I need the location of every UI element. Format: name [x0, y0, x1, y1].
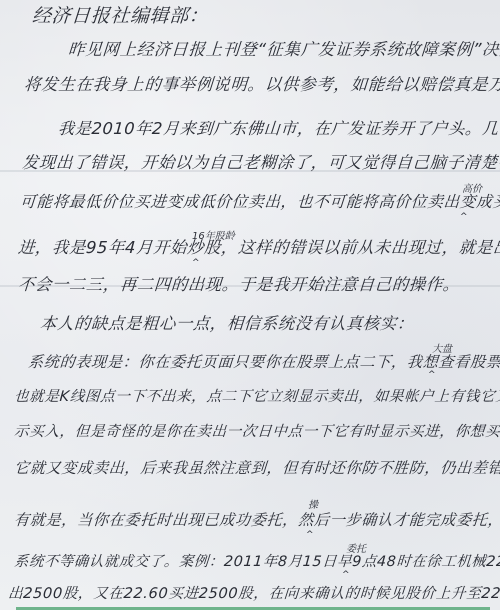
line-text: 进，我是95年4月开始炒股，这样的错误以前从未出现过，就是出现也 [17, 236, 500, 260]
letter-line-5: 可能将最低价位买进变成低价位卖出，也不可能将高价位卖出变成买 [19, 190, 500, 214]
insertion-caret: ^ [342, 570, 350, 580]
letter-line-12: 它就又变成卖出，后来我虽然注意到，但有时还你防不胜防，仍出差错，还 [13, 456, 500, 480]
letter-line-11: 示买入，但是奇怪的是你在卖出一次日中点一下它有时显示买进，你想买进时 [13, 420, 500, 444]
insertion-caret: ^ [428, 370, 436, 380]
insertion-caret: ^ [192, 258, 200, 268]
letter-line-3: 我是2010年2月来到广东佛山市，在广发证券开了户头。几个月后我就 [57, 117, 500, 141]
letter-line-15: 出2500股，又在22.60买进2500股，在向来确认的时候见股价上升至22.8… [7, 582, 500, 606]
letter-line-2: 将发生在我身上的事举例说明。以供参考，如能给以赔偿真是万幸！ [23, 73, 500, 97]
line-text: 也就是K线图点一下不出来，点二下它立刻显示卖出，如果帐户上有钱它又显 [13, 385, 500, 409]
line-text: 昨见网上经济日报上刊登“征集广发证券系统故障案例”决定 [67, 38, 500, 62]
salutation-text: 经济日报社编辑部： [31, 4, 209, 28]
letter-salutation: 经济日报社编辑部： [31, 4, 500, 28]
line-text: 我是2010年2月来到广东佛山市，在广发证券开了户头。几个月后我就 [57, 117, 500, 141]
line-text: 可能将最低价位买进变成低价位卖出，也不可能将高价位卖出变成买 [19, 190, 500, 214]
letter-line-7: 不会一二三，再二四的出现。于是我开始注意自己的操作。 [17, 273, 500, 297]
letter-line-13: 有就是，当你在委托时出现已成功委托，然后一步确认才能完成委托，可 [13, 508, 500, 532]
line-text: 有就是，当你在委托时出现已成功委托，然后一步确认才能完成委托，可 [13, 508, 500, 532]
insertion-caret: ^ [306, 530, 314, 540]
line-text: 本人的缺点是粗心一点，相信系统没有认真核实： [39, 312, 414, 336]
letter-line-4: 发现出了错误，开始以为自己老糊涂了，可又觉得自己脑子清楚得很，不 [21, 151, 500, 175]
letter-line-1: 昨见网上经济日报上刊登“征集广发证券系统故障案例”决定 [67, 38, 500, 62]
letter-line-10: 也就是K线图点一下不出来，点二下它立刻显示卖出，如果帐户上有钱它又显 [13, 385, 500, 409]
line-text: 将发生在我身上的事举例说明。以供参考，如能给以赔偿真是万幸！ [23, 73, 500, 97]
scanned-letter-paper: 经济日报社编辑部： 昨见网上经济日报上刊登“征集广发证券系统故障案例”决定 将发… [0, 0, 500, 610]
line-text: 系统不等确认就成交了。案例：2011年8月15日早9点48时在徐工机械22.15… [13, 550, 500, 574]
letter-line-8: 本人的缺点是粗心一点，相信系统没有认真核实： [39, 312, 500, 336]
insertion-caret: ^ [460, 212, 468, 222]
line-text: 不会一二三，再二四的出现。于是我开始注意自己的操作。 [17, 273, 460, 297]
letter-line-14: 系统不等确认就成交了。案例：2011年8月15日早9点48时在徐工机械22.15… [13, 550, 500, 574]
line-text: 发现出了错误，开始以为自己老糊涂了，可又觉得自己脑子清楚得很，不 [21, 151, 500, 175]
line-text: 它就又变成卖出，后来我虽然注意到，但有时还你防不胜防，仍出差错，还 [13, 456, 500, 480]
line-text: 示买入，但是奇怪的是你在卖出一次日中点一下它有时显示买进，你想买进时 [13, 420, 500, 444]
letter-line-6: 进，我是95年4月开始炒股，这样的错误以前从未出现过，就是出现也 [17, 236, 500, 260]
line-text: 出2500股，又在22.60买进2500股，在向来确认的时候见股价上升至22.8… [7, 582, 500, 606]
